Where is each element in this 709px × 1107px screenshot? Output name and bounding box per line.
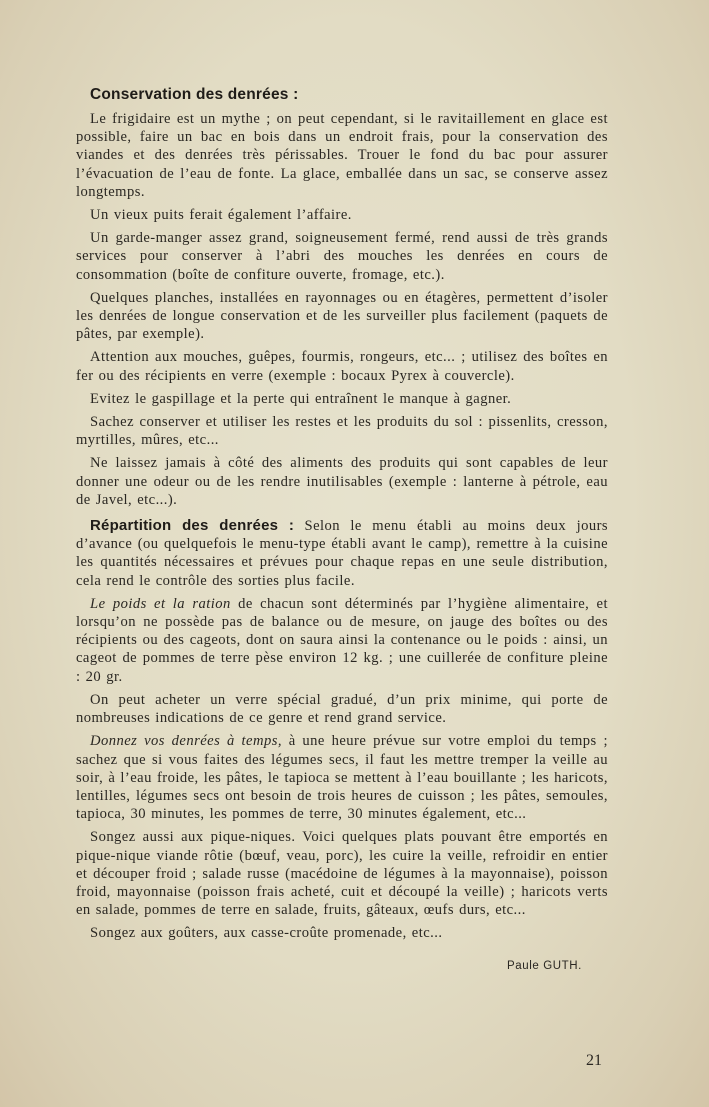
paragraph-temps: Donnez vos denrées à temps, à une heure … (76, 732, 608, 823)
paragraph-frigidaire: Le frigidaire est un mythe ; on peut cep… (76, 110, 608, 201)
poids-italic: Le poids et la ration (90, 596, 231, 612)
paragraph-planches: Quelques planches, installées en rayonna… (76, 289, 608, 344)
paragraph-mouches: Attention aux mouches, guêpes, fourmis, … (76, 348, 608, 384)
temps-italic: Donnez vos denrées à temps, (90, 733, 282, 749)
section-heading-conservation: Conservation des denrées : (90, 86, 608, 104)
paragraph-verre: On peut acheter un verre spécial gradué,… (76, 691, 608, 727)
paragraph-garde-manger: Un garde-manger assez grand, soigneuseme… (76, 229, 608, 284)
document-page: Conservation des denrées : Le frigidaire… (76, 86, 608, 948)
paragraph-pique-niques: Songez aussi aux pique-niques. Voici que… (76, 828, 608, 919)
author-signature: Paule GUTH. (507, 960, 582, 972)
paragraph-gouters: Songez aux goûters, aux casse-croûte pro… (76, 924, 608, 942)
section-heading-repartition: Répartition des denrées : (90, 517, 294, 534)
paragraph-poids: Le poids et la ration de chacun sont dét… (76, 595, 608, 686)
page-number: 21 (586, 1052, 602, 1070)
paragraph-restes: Sachez conserver et utiliser les restes … (76, 413, 608, 449)
paragraph-gaspillage: Evitez le gaspillage et la perte qui ent… (76, 390, 608, 408)
paragraph-repartition: Répartition des denrées : Selon le menu … (76, 517, 608, 590)
paragraph-odeurs: Ne laissez jamais à côté des aliments de… (76, 454, 608, 509)
paragraph-puits: Un vieux puits ferait également l’affair… (76, 206, 608, 224)
